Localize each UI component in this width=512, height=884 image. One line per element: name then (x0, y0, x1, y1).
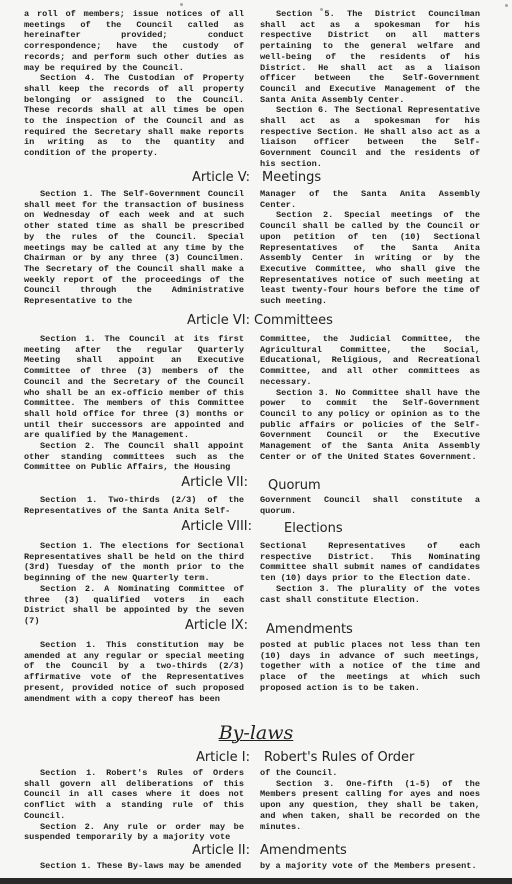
paragraph-section-5: Section 5. The District Councilman shall… (260, 9, 480, 105)
bylaws-article-ii-left: Section 1. These By-laws may be amended (24, 861, 244, 872)
top-left-text: a roll of members; issue notices of all … (24, 9, 244, 159)
article-v-title: Meetings (262, 170, 321, 185)
bylaws-article-ii-title: Amendments (260, 843, 347, 858)
paragraph: Section 2. Any rule or order may be susp… (24, 822, 244, 843)
article-vi-left: Section 1. The Council at its first meet… (24, 334, 244, 473)
bylaws-article-i-number: Article I: (196, 750, 250, 765)
article-vi-right: Committee, the Judicial Committee, the A… (260, 334, 480, 462)
bylaws-article-i-title: Robert's Rules of Order (264, 750, 414, 765)
paragraph: Section 1. Robert's Rules of Orders shal… (24, 768, 244, 822)
bylaws-article-ii-number: Article II: (192, 843, 250, 858)
paragraph-section-4: Section 4. The Custodian of Property sha… (24, 73, 244, 159)
paragraph: Section 1. The elections for Sectional R… (24, 541, 244, 584)
paragraph: posted at public places not less than te… (260, 640, 480, 694)
article-vii-left: Section 1. Two-thirds (2/3) of the Repre… (24, 495, 244, 516)
article-vi-number: Article VI: (187, 313, 250, 328)
article-ix-left: Section 1. This constitution may be amen… (24, 640, 244, 704)
paragraph: Section 1. The Self-Government Council s… (24, 189, 244, 307)
article-vi-title: Committees (254, 313, 333, 328)
paragraph: Section 2. The Council shall appoint oth… (24, 441, 244, 473)
paragraph: Section 1. Two-thirds (2/3) of the Repre… (24, 495, 244, 516)
paragraph-section-6: Section 6. The Sectional Representative … (260, 105, 480, 169)
bylaws-article-ii-right: by a majority vote of the Members presen… (260, 861, 480, 872)
paragraph: Section 1. This constitution may be amen… (24, 640, 244, 704)
scan-speck (180, 3, 183, 6)
document-page: a roll of members; issue notices of all … (0, 0, 512, 878)
paragraph: Manager of the Santa Anita Assembly Cent… (260, 189, 480, 210)
article-ix-right: posted at public places not less than te… (260, 640, 480, 694)
bylaws-heading: By-laws (0, 722, 512, 744)
bylaws-article-i-right: of the Council. Section 3. One-fifth (1-… (260, 768, 480, 832)
paragraph: of the Council. (260, 768, 480, 779)
article-v-left: Section 1. The Self-Government Council s… (24, 189, 244, 307)
article-vii-number: Article VII: (181, 475, 248, 490)
paragraph: Committee, the Judicial Committee, the A… (260, 334, 480, 388)
article-vii-right: Government Council shall constitute a qu… (260, 495, 480, 516)
article-ix-number: Article IX: (185, 618, 248, 633)
paragraph: Section 3. No Committee shall have the p… (260, 388, 480, 463)
scan-speck (320, 8, 323, 11)
article-ix-title: Amendments (266, 622, 353, 637)
article-v-number: Article V: (192, 170, 250, 185)
paragraph: Section 3. One-fifth (1-5) of the Member… (260, 779, 480, 833)
paragraph: a roll of members; issue notices of all … (24, 9, 244, 73)
paragraph: by a majority vote of the Members presen… (260, 861, 480, 872)
article-v-right: Manager of the Santa Anita Assembly Cent… (260, 189, 480, 307)
paragraph: Section 1. These By-laws may be amended (24, 861, 244, 872)
bylaws-article-i-left: Section 1. Robert's Rules of Orders shal… (24, 768, 244, 843)
scan-bottom-edge (0, 878, 512, 884)
scan-speck (505, 4, 508, 7)
article-viii-left: Section 1. The elections for Sectional R… (24, 541, 244, 627)
paragraph: Section 1. The Council at its first meet… (24, 334, 244, 441)
top-right-text: Section 5. The District Councilman shall… (260, 9, 480, 170)
paragraph: Sectional Representatives of each respec… (260, 541, 480, 584)
article-viii-title: Elections (284, 521, 343, 536)
paragraph: Government Council shall constitute a qu… (260, 495, 480, 516)
paragraph: Section 3. The plurality of the votes ca… (260, 584, 480, 605)
article-vii-title: Quorum (268, 478, 321, 493)
article-viii-number: Article VIII: (181, 519, 252, 534)
article-viii-right: Sectional Representatives of each respec… (260, 541, 480, 605)
paragraph: Section 2. Special meetings of the Counc… (260, 210, 480, 306)
